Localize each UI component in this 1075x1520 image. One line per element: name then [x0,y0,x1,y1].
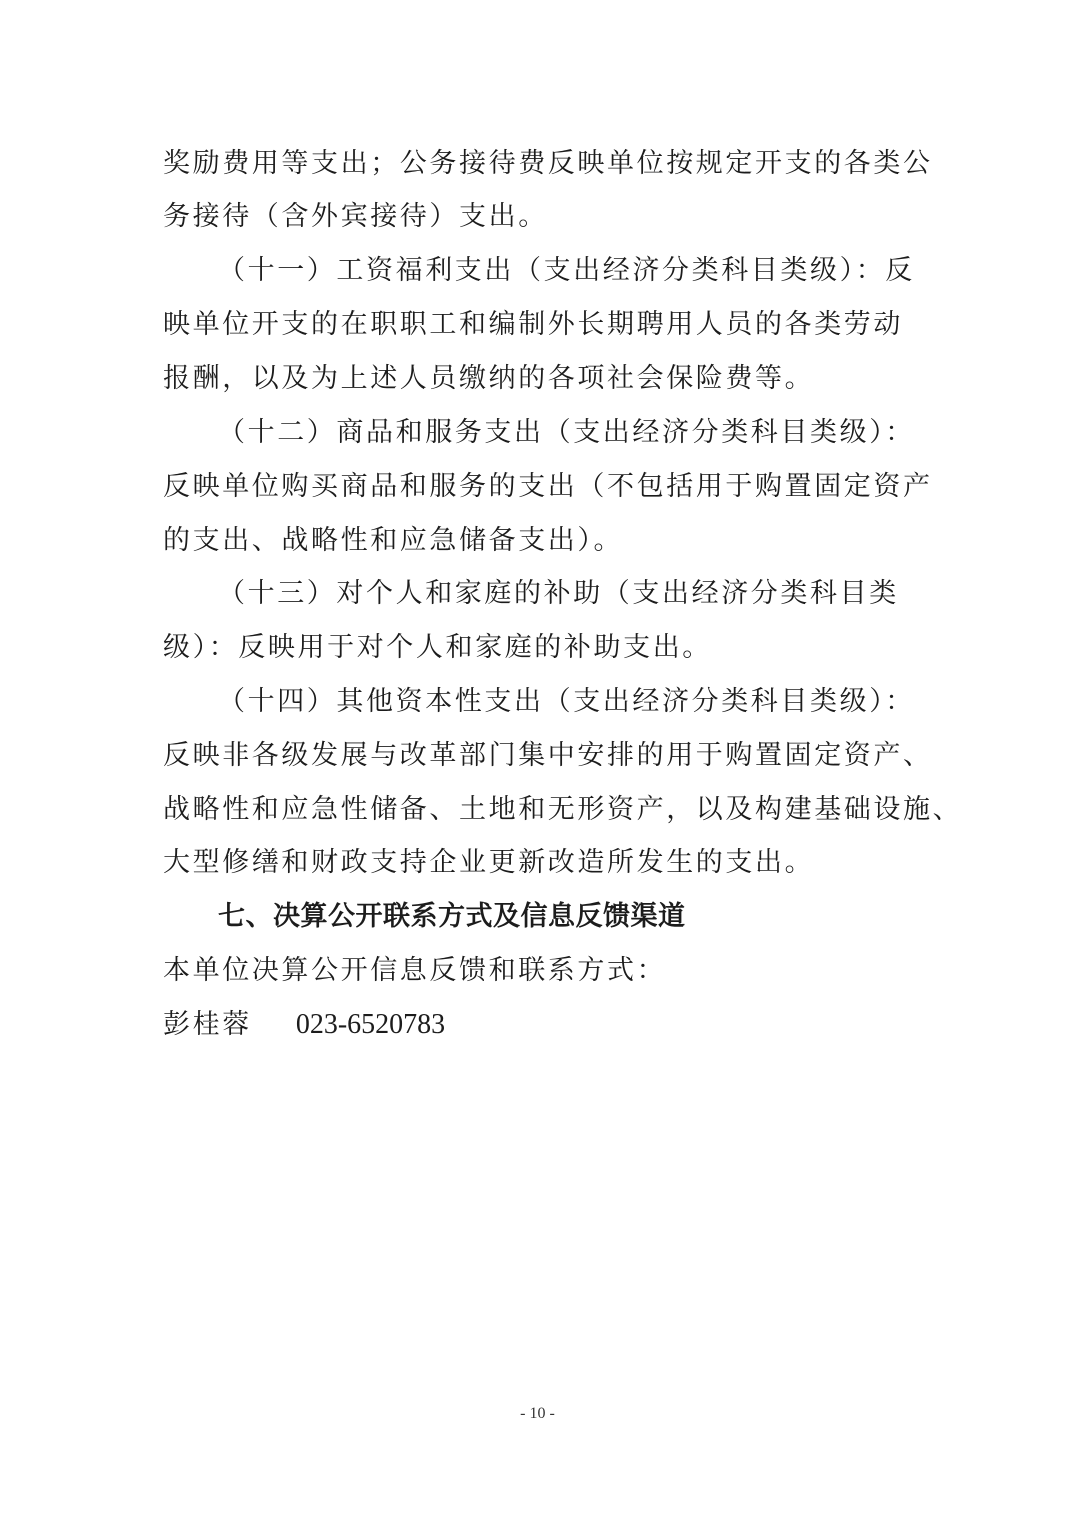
paragraph-line: 反映单位购买商品和服务的支出（不包括用于购置固定资产 [163,469,933,505]
item-11-heading-line: （十一）工资福利支出（支出经济分类科目类级）：反 [218,253,915,289]
paragraph-line: 的支出、战略性和应急储备支出）。 [163,523,623,559]
paragraph-line: 反映非各级发展与改革部门集中安排的用于购置固定资产、 [163,738,933,774]
item-12-heading-line: （十二）商品和服务支出（支出经济分类科目类级）： [218,415,915,451]
contact-intro: 本单位决算公开信息反馈和联系方式： [163,953,666,989]
page-number: - 10 - [0,1405,1075,1423]
contact-phone: 023-6520783 [296,1009,445,1040]
paragraph-line: 奖励费用等支出；公务接待费反映单位按规定开支的各类公 [163,146,933,182]
section-heading: 七、决算公开联系方式及信息反馈渠道 [218,899,686,935]
paragraph-line: 战略性和应急性储备、土地和无形资产，以及构建基础设施、 [163,792,962,828]
contact-name: 彭桂蓉 [163,1009,252,1040]
document-page: 奖励费用等支出；公务接待费反映单位按规定开支的各类公 务接待（含外宾接待）支出。… [0,0,1075,1520]
paragraph-line: 映单位开支的在职职工和编制外长期聘用人员的各类劳动 [163,307,903,343]
contact-line: 彭桂蓉023-6520783 [163,1007,445,1043]
paragraph-line: 大型修缮和财政支持企业更新改造所发生的支出。 [163,845,814,881]
paragraph-line: 报酬，以及为上述人员缴纳的各项社会保险费等。 [163,361,814,397]
paragraph-line: 级）：反映用于对个人和家庭的补助支出。 [163,630,712,666]
item-13-heading-line: （十三）对个人和家庭的补助（支出经济分类科目类 [218,576,899,612]
paragraph-line: 务接待（含外宾接待）支出。 [163,199,548,235]
item-14-heading-line: （十四）其他资本性支出（支出经济分类科目类级）： [218,684,915,720]
